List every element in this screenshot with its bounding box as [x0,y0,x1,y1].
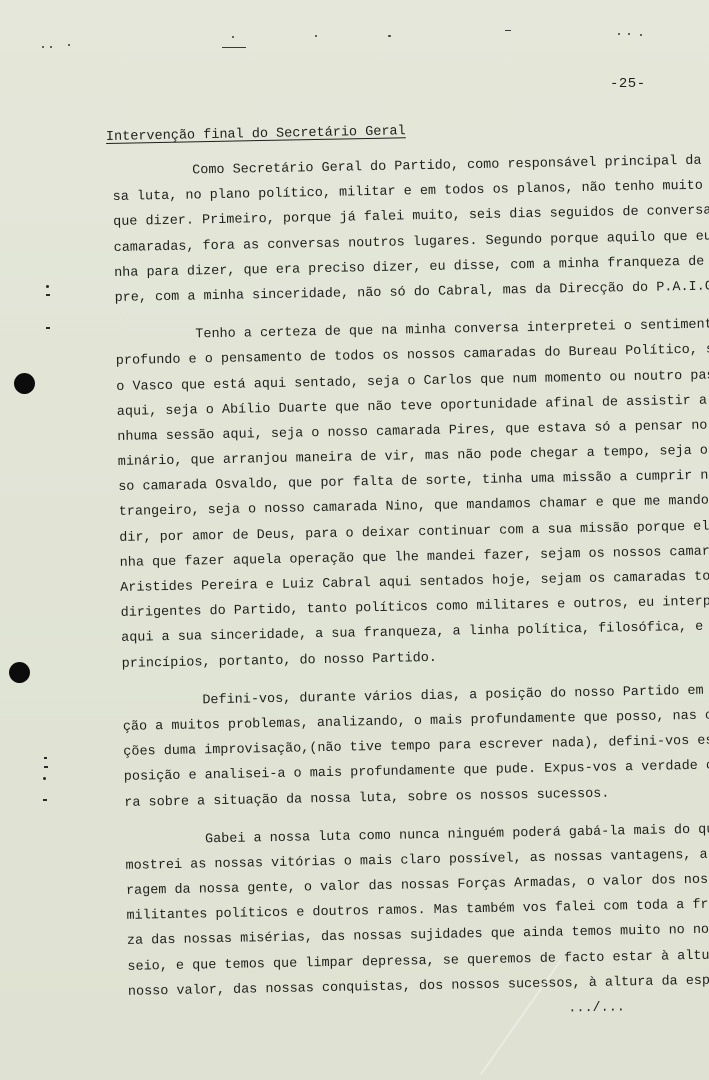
speck [640,34,642,36]
scan-specks [0,0,709,60]
page-number: -25- [610,76,646,92]
margin-mark [46,285,49,288]
punch-hole-icon [9,662,30,683]
speck [618,33,620,35]
margin-mark [43,799,47,801]
speck [628,33,630,35]
speck [42,46,44,48]
margin-mark [46,327,50,329]
paragraph: Gabei a nossa luta como nunca ninguém po… [125,817,709,1005]
punch-hole-icon [14,373,35,394]
scanned-document-page: -25- Intervenção final do Secretário Ger… [0,0,709,1080]
speck [232,36,234,38]
speck [50,46,52,48]
section-title: Intervenção final do Secretário Geral [106,124,406,145]
speck [388,35,391,37]
margin-mark [43,777,46,780]
paragraph: Defini-vos, durante vários dias, a posiç… [122,678,709,815]
margin-mark [44,766,48,768]
paragraph: Como Secretário Geral do Partido, como r… [112,149,705,311]
speck [315,35,317,37]
speck [505,30,511,31]
document-body: Como Secretário Geral do Partido, como r… [112,149,709,1030]
speck [222,47,246,48]
paragraph: Tenho a certeza de que na minha conversa… [115,313,709,677]
margin-mark [44,757,47,759]
speck [68,44,70,46]
margin-mark [46,294,50,296]
